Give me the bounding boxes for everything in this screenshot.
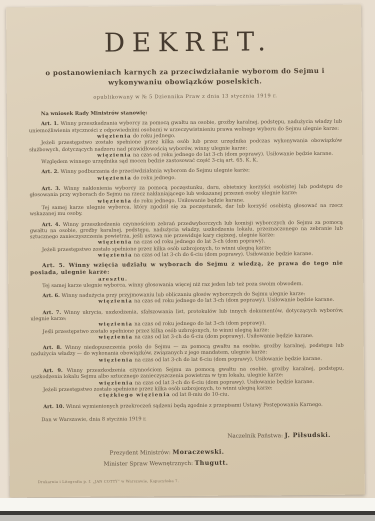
photo-backdrop: DEKRET. o postanowieniach karnych za prz… (0, 0, 375, 500)
paper-sheet: DEKRET. o postanowieniach karnych za prz… (6, 5, 365, 498)
penalty-term: więzienia (99, 380, 133, 386)
penalty-term: więzienia (98, 252, 132, 258)
article-number: Art. 1. (41, 121, 61, 127)
signature-label: Naczelnik Państwa: (227, 433, 283, 439)
penalty-line: więzienia na czas od lat 3-ch do 6-ciu (… (98, 251, 343, 259)
article-continuation: Względem winnego urzędnika sąd mocen będ… (29, 157, 342, 166)
article-continuation: Tej samej karze ulegnie wyborca, winny g… (30, 281, 343, 290)
document-title: DEKRET. (28, 27, 341, 59)
penalty-term: więzienia (99, 357, 133, 363)
article-number: Art. 8. (43, 345, 65, 351)
signature-name: Thugutt. (195, 460, 229, 467)
penalty-term: więzienia (98, 299, 132, 305)
article-number: Art. 10. (43, 403, 66, 409)
signature-prime-minister: Prezydent Ministrów: Moraczewski. (110, 448, 345, 457)
penalty-term: więzienia (99, 322, 133, 328)
article-number: Art. 6. (42, 293, 61, 299)
article-number: Art. 7. (42, 310, 63, 316)
article-lead: Art. 1. Winny przeszkadzania wyborcy za … (29, 119, 342, 134)
penalty-term: ciężkiego więzienia (99, 392, 170, 399)
signature-interior-minister: Minister Spraw Wewnętrznych: Thugutt. (104, 459, 345, 468)
penalty-line: więzienia do roku jednego. (97, 174, 342, 182)
bottom-gray-strip (0, 515, 375, 521)
penalty-line: więzienia na czas od roku jednego do lat… (98, 297, 343, 305)
preamble: Na wniosek Rady Ministrów stanowię: (29, 109, 342, 117)
signature-head-of-state: Naczelnik Państwa: J. Piłsudski. (227, 432, 344, 440)
article-number: Art. 2. (41, 169, 60, 175)
article-number: Art. 9. (43, 368, 67, 374)
publication-line: opublikowany w № 5 Dziennika Praw z dnia… (29, 93, 342, 101)
signature-name: Moraczewski. (172, 449, 224, 456)
signature-name: J. Piłsudski. (285, 432, 331, 439)
penalty-term: więzienia (98, 198, 132, 204)
date-line: Dan w Warszawie, dnia 8 stycznia 1919 r. (31, 415, 344, 423)
penalty-line: więzienia na czas od lat 3-ch do 6-ciu (… (99, 333, 344, 341)
penalty-term: aresztu. (98, 276, 128, 282)
article-lead: Art. 3. Winny nakłonienia wyborcy za pom… (29, 184, 342, 199)
signature-label: Minister Spraw Wewnętrznych: (104, 461, 193, 468)
penalty-term: więzienia (99, 334, 133, 340)
article-number: Art. 5. (42, 263, 69, 269)
printer-imprint: Drukarnia i Litografia p. f. „JAN COTTY”… (38, 478, 345, 484)
article-lead: Art. 4. Winny przeszkodzenia czynnościom… (30, 219, 343, 240)
article-number: Art. 4. (42, 221, 63, 227)
penalty-line: więzienia na czas od lat 3-ch do lat 6-c… (99, 356, 344, 364)
penalty-line: ciężkiego więzienia od lat 8-miu do 10-c… (99, 391, 344, 399)
bottom-white-strip (0, 498, 375, 511)
penalty-term: więzienia (97, 175, 131, 181)
article-continuation: Tej samej karze ulegnie wyborca, który z… (30, 203, 343, 218)
document-subtitle: o postanowieniach karnych za przeciwdzia… (32, 66, 338, 89)
penalty-term: więzienia (98, 240, 132, 246)
photo-of-decree: DEKRET. o postanowieniach karnych za prz… (0, 0, 375, 521)
article-number: Art. 3. (41, 186, 63, 192)
article-lead: Art. 10. Winni wymienionych przekroczeń … (31, 401, 344, 410)
signature-label: Prezydent Ministrów: (110, 450, 171, 456)
articles: Art. 1. Winny przeszkadzania wyborcy za … (29, 119, 344, 410)
